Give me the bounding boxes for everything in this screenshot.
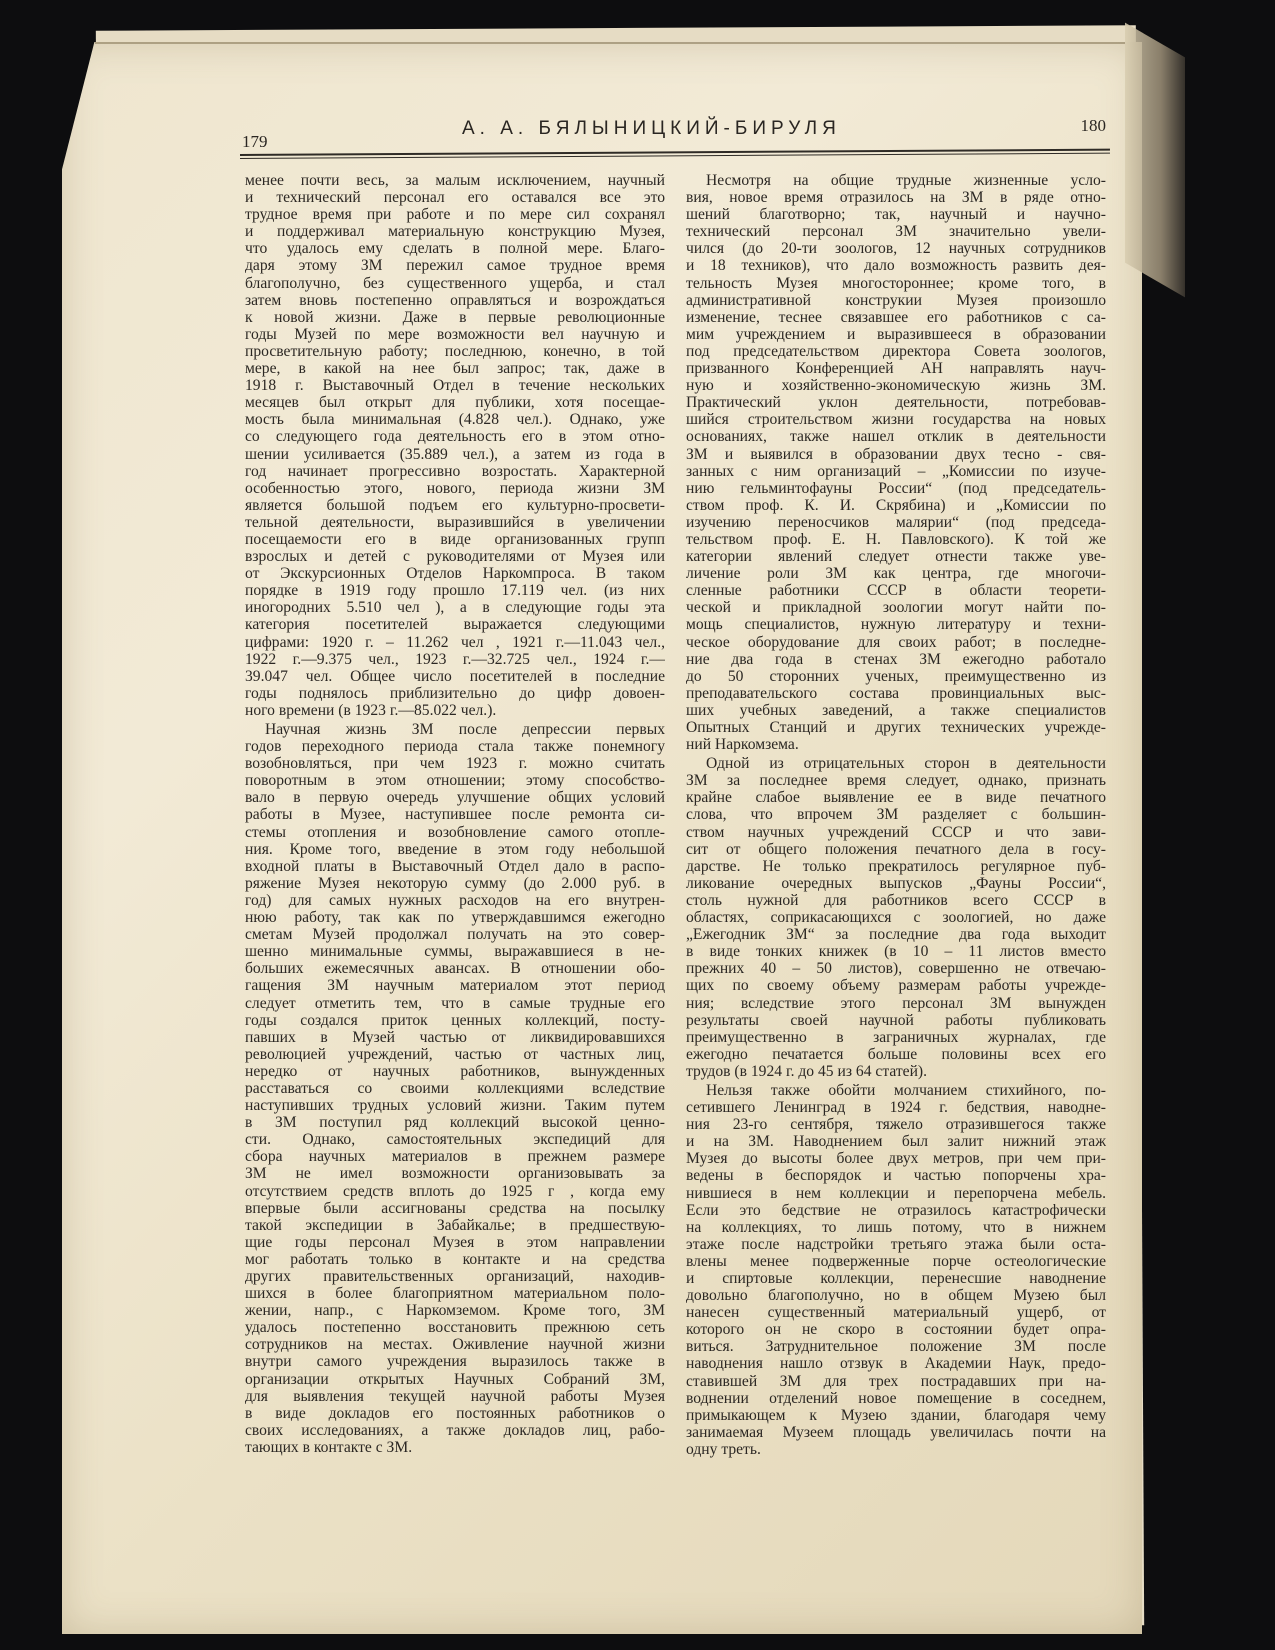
text-line: является большой подъем его культурно-пр… bbox=[245, 497, 665, 514]
text-line: Одной из отрицательных сторон в деятельн… bbox=[686, 755, 1106, 772]
text-line: влены менее подверженные порче остеологи… bbox=[686, 1253, 1106, 1270]
text-line: ния 23-го сентября, тяжело отразившегося… bbox=[686, 1116, 1106, 1133]
text-line: ний Наркомзема. bbox=[686, 736, 1106, 753]
text-line: мость была минимальная (4.828 чел.). Одн… bbox=[245, 411, 665, 428]
text-line: удалось постепенно восстановить прежнюю … bbox=[245, 1319, 665, 1336]
text-line: вия, новое время отразилось на ЗМ в ряде… bbox=[686, 189, 1106, 206]
text-line: поворотным в этом отношении; этому спосо… bbox=[245, 772, 665, 789]
text-line: и поддерживал материальную конструкцию М… bbox=[245, 223, 665, 240]
text-line: шийся строительством жизни государства н… bbox=[686, 411, 1106, 428]
text-line: нанесен существенный материальный ущерб,… bbox=[686, 1304, 1106, 1321]
text-line: виться. Затруднительное положение ЗМ пос… bbox=[686, 1338, 1106, 1355]
text-line: мощь специалистов, нужную литературу и т… bbox=[686, 616, 1106, 633]
paragraph: менее почти весь, за малым исключением, … bbox=[245, 172, 665, 719]
text-line: шенно минимальные суммы, выражавшиеся в … bbox=[245, 943, 665, 960]
text-line: такой экспедиции в Забайкалье; в предшес… bbox=[245, 1217, 665, 1234]
text-line: 1922 г.—9.375 чел., 1923 г.—32.725 чел.,… bbox=[245, 651, 665, 668]
text-line: посещаемости его в виде организованных г… bbox=[245, 531, 665, 548]
text-line: взрослых и детей с руководителями от Муз… bbox=[245, 548, 665, 565]
text-line: ликование очередных выпусков „Фауны Росс… bbox=[686, 875, 1106, 892]
text-line: жении, напр., с Наркомземом. Кроме того,… bbox=[245, 1302, 665, 1319]
text-line: работы в Музее, наступившее после ремонт… bbox=[245, 806, 665, 823]
text-line: одну треть. bbox=[686, 1441, 1106, 1458]
text-line: Практический уклон деятельности, потребо… bbox=[686, 394, 1106, 411]
text-line: под председательством директора Совета з… bbox=[686, 343, 1106, 360]
text-line: год) для самых нужных расходов на его вн… bbox=[245, 892, 665, 909]
text-line: сти. Однако, самостоятельных экспедиций … bbox=[245, 1131, 665, 1148]
text-line: областях, соприкасающихся с зоологией, н… bbox=[686, 909, 1106, 926]
text-line: занимаемая Музеем площадь увеличилась по… bbox=[686, 1424, 1106, 1441]
text-line: мог работать только в контакте и на сред… bbox=[245, 1251, 665, 1268]
text-line: щих по своему объему размерам работы учр… bbox=[686, 977, 1106, 994]
text-line: ния. Кроме того, введение в этом году не… bbox=[245, 841, 665, 858]
text-line: иногородних 5.510 чел ), а в следующие г… bbox=[245, 599, 665, 616]
text-line: ние два года в стенах ЗМ ежегодно работа… bbox=[686, 651, 1106, 668]
text-line: Музея до высоты более двух метров, при ч… bbox=[686, 1150, 1106, 1167]
text-line: в ЗМ поступил ряд коллекций высокой ценн… bbox=[245, 1114, 665, 1131]
text-line: мим учреждением и выразившееся в образов… bbox=[686, 326, 1106, 343]
text-line: наступивших трудных условий жизни. Таким… bbox=[245, 1097, 665, 1114]
text-line: тельность Музея многостороннее; кроме то… bbox=[686, 275, 1106, 292]
text-line: организации открытых Научных Собраний ЗМ… bbox=[245, 1371, 665, 1388]
text-line: слова, что впрочем ЗМ разделяет с больши… bbox=[686, 806, 1106, 823]
text-line: категория посетителей выражается следующ… bbox=[245, 616, 665, 633]
page-number-right: 180 bbox=[1081, 116, 1107, 136]
text-line: и технический персонал его оставался все… bbox=[245, 189, 665, 206]
folded-corner bbox=[1125, 23, 1185, 298]
text-line: от Экскурсионных Отделов Наркомпроса. В … bbox=[245, 565, 665, 582]
text-line: изучению переносчиков малярии“ (под пред… bbox=[686, 514, 1106, 531]
text-line: примыкающем к Музею здании, благодаря че… bbox=[686, 1407, 1106, 1424]
text-line: благополучно, без существенного ущерба, … bbox=[245, 275, 665, 292]
text-line: просветительную работу; последнюю, конеч… bbox=[245, 343, 665, 360]
text-line: преподавательского состава провинциальны… bbox=[686, 685, 1106, 702]
text-line: сит от общего положения печатного дела в… bbox=[686, 841, 1106, 858]
text-line: дарстве. Не только прекратилось регулярн… bbox=[686, 858, 1106, 875]
text-line: Если это бедствие не отразилось катастро… bbox=[686, 1202, 1106, 1219]
text-line: ших учебных заведений, а также специалис… bbox=[686, 702, 1106, 719]
text-line: больших ежемесячных авансах. В отношении… bbox=[245, 960, 665, 977]
text-line: ЗМ не имел возможности организовывать за bbox=[245, 1165, 665, 1182]
text-line: наводнения нашло отзвук в Академии Наук,… bbox=[686, 1355, 1106, 1372]
page-header: 179 А. А. БЯЛЫНИЦКИЙ-БИРУЛЯ 180 bbox=[240, 110, 1110, 154]
text-line: к новой жизни. Даже в первые революционн… bbox=[245, 309, 665, 326]
text-line: сленные работники СССР в области теорети… bbox=[686, 582, 1106, 599]
text-line: ЗМ и выявился в образовании двух тесно -… bbox=[686, 446, 1106, 463]
text-line: мере, в какой на нее был запрос; так, да… bbox=[245, 360, 665, 377]
paragraph: Одной из отрицательных сторон в деятельн… bbox=[686, 755, 1106, 1080]
text-line: ством проф. К. И. Скрябина) и „Комиссии … bbox=[686, 497, 1106, 514]
text-line: занных с ним организаций – „Комиссии по … bbox=[686, 463, 1106, 480]
text-line: личение роли ЗМ как центра, где многочи- bbox=[686, 565, 1106, 582]
text-line: в виде докладов его постоянных работнико… bbox=[245, 1405, 665, 1422]
text-line: отсутствием средств вплоть до 1925 г , к… bbox=[245, 1183, 665, 1200]
text-line: нию гельминтофауны России“ (под председа… bbox=[686, 480, 1106, 497]
text-line: других правительственных организаций, на… bbox=[245, 1268, 665, 1285]
text-line: вало в первую очередь улучшение общих ус… bbox=[245, 789, 665, 806]
text-line: годы создался приток ценных коллекций, п… bbox=[245, 1012, 665, 1029]
text-line: порядке в 1919 году прошло 17.119 чел. (… bbox=[245, 582, 665, 599]
text-line: ежегодно печатается больше половины всех… bbox=[686, 1046, 1106, 1063]
text-line: призванного Конференцией АН направлять н… bbox=[686, 360, 1106, 377]
paragraph: Нельзя также обойти молчанием стихийного… bbox=[686, 1082, 1106, 1458]
text-line: годов переходного периода стала также по… bbox=[245, 738, 665, 755]
text-line: впервые были ассигнованы средства на пос… bbox=[245, 1200, 665, 1217]
text-line: ставившей ЗМ для трех пострадавших при н… bbox=[686, 1373, 1106, 1390]
text-line: расставаться со своими коллекциями вслед… bbox=[245, 1080, 665, 1097]
text-line: нившиеся в нем коллекции и перепорчена м… bbox=[686, 1185, 1106, 1202]
text-line: чился (до 20-ти зоологов, 12 научных сот… bbox=[686, 240, 1106, 257]
text-line: сотрудников на местах. Оживление научной… bbox=[245, 1336, 665, 1353]
text-line: Научная жизнь ЗМ после депрессии первых bbox=[245, 721, 665, 738]
paragraph: Научная жизнь ЗМ после депрессии первыхг… bbox=[245, 721, 665, 1456]
text-line: до 50 сторонних ученых, преимущественно … bbox=[686, 668, 1106, 685]
text-line: 1918 г. Выставочный Отдел в течение неск… bbox=[245, 377, 665, 394]
text-line: для выявления текущей научной работы Муз… bbox=[245, 1388, 665, 1405]
text-line: годы поднялось приблизительно до цифр до… bbox=[245, 685, 665, 702]
text-line: Опытных Станций и других технических учр… bbox=[686, 719, 1106, 736]
text-line: входной платы в Выставочный Отдел дало в… bbox=[245, 858, 665, 875]
text-line: цифрами: 1920 г. – 11.262 чел , 1921 г.—… bbox=[245, 634, 665, 651]
text-line: гащения ЗМ научным материалом этот перио… bbox=[245, 977, 665, 994]
text-line: даря этому ЗМ пережил самое трудное врем… bbox=[245, 257, 665, 274]
text-line: тельством проф. Е. Н. Павловского). К то… bbox=[686, 531, 1106, 548]
text-line: Нельзя также обойти молчанием стихийного… bbox=[686, 1082, 1106, 1099]
text-line: внутри самого учреждения выразилось такж… bbox=[245, 1353, 665, 1370]
text-line: сметам Музей продолжал получать на это с… bbox=[245, 926, 665, 943]
text-line: ную и хозяйственно-экономическую жизнь З… bbox=[686, 377, 1106, 394]
text-line: этаже после надстройки третьяго этажа бы… bbox=[686, 1236, 1106, 1253]
text-line: шении усиливается (35.889 чел.), а затем… bbox=[245, 446, 665, 463]
running-head-author: А. А. БЯЛЫНИЦКИЙ-БИРУЛЯ bbox=[462, 118, 841, 140]
text-line: преимущественно в заграничных журналах, … bbox=[686, 1029, 1106, 1046]
text-line: шений благотворно; так, научный и научно… bbox=[686, 206, 1106, 223]
page-number-left: 179 bbox=[242, 132, 268, 152]
right-text-column: Несмотря на общие трудные жизненные усло… bbox=[686, 172, 1106, 1460]
text-line: ством научных учреждений СССР и что зави… bbox=[686, 824, 1106, 841]
text-line: столь нужной для работников всего СССР в bbox=[686, 892, 1106, 909]
text-line: на коллекциях, то лишь потому, что в ниж… bbox=[686, 1219, 1106, 1236]
text-line: категории явлений следует отнести также … bbox=[686, 548, 1106, 565]
text-line: революцией учреждений, частью от частных… bbox=[245, 1046, 665, 1063]
text-line: шихся в более благоприятном материальном… bbox=[245, 1285, 665, 1302]
left-text-column: менее почти весь, за малым исключением, … bbox=[245, 172, 665, 1458]
text-line: довольно благополучно, но в общем Музею … bbox=[686, 1287, 1106, 1304]
text-line: основаниях, также нашел отклик в деятель… bbox=[686, 428, 1106, 445]
text-line: и спиртовые коллекции, перенесшие наводн… bbox=[686, 1270, 1106, 1287]
text-line: год начинает прогрессивно возростать. Ха… bbox=[245, 463, 665, 480]
text-line: „Ежегодник ЗМ“ за последние два года вых… bbox=[686, 926, 1106, 943]
text-line: технический персонал ЗМ значительно увел… bbox=[686, 223, 1106, 240]
text-line: месяцев был открыт для публики, хотя пос… bbox=[245, 394, 665, 411]
text-line: годы Музей по мере возможности вел научн… bbox=[245, 326, 665, 343]
text-line: прежних 40 – 50 листов), совершенно не о… bbox=[686, 960, 1106, 977]
text-line: воднении отделений новое помещение в сос… bbox=[686, 1390, 1106, 1407]
text-line: изменение, теснее связавшее его работник… bbox=[686, 309, 1106, 326]
paragraph: Несмотря на общие трудные жизненные усло… bbox=[686, 172, 1106, 753]
top-fold-line bbox=[95, 42, 1125, 44]
text-line: возобновляться, при чем 1923 г. можно сч… bbox=[245, 755, 665, 772]
text-line: следует отметить тем, что в самые трудны… bbox=[245, 995, 665, 1012]
text-line: нередко от научных работников, вынужденн… bbox=[245, 1063, 665, 1080]
text-line: со следующего года деятельность его в эт… bbox=[245, 428, 665, 445]
text-line: 39.047 чел. Общее число посетителей в по… bbox=[245, 668, 665, 685]
text-line: стемы отопления и возобновление самого о… bbox=[245, 824, 665, 841]
text-line: тельной деятельности, выразившийся в уве… bbox=[245, 514, 665, 531]
text-line: крайне слабое выявление ее в виде печатн… bbox=[686, 789, 1106, 806]
text-line: и на ЗМ. Наводнением был залит нижний эт… bbox=[686, 1133, 1106, 1150]
text-line: трудное время при работе и по мере сил с… bbox=[245, 206, 665, 223]
text-line: ческое оборудование для своих работ; в п… bbox=[686, 634, 1106, 651]
text-line: щие годы персонал Музея в этом направлен… bbox=[245, 1234, 665, 1251]
text-line: что удалось ему сделать в полной мере. Б… bbox=[245, 240, 665, 257]
text-line: Несмотря на общие трудные жизненные усло… bbox=[686, 172, 1106, 189]
text-line: особенностью этого, нового, периода жизн… bbox=[245, 480, 665, 497]
text-line: нюю работу, так как по утверждавшимся еж… bbox=[245, 909, 665, 926]
text-line: затем вновь постепенно оправляться и воз… bbox=[245, 292, 665, 309]
text-line: сетившего Ленинград в 1924 г. бедствия, … bbox=[686, 1099, 1106, 1116]
text-line: своих исследованиях, а также докладов ли… bbox=[245, 1422, 665, 1439]
text-line: которого он не скоро в состоянии будет о… bbox=[686, 1321, 1106, 1338]
text-line: менее почти весь, за малым исключением, … bbox=[245, 172, 665, 189]
text-line: ного времени (в 1923 г.—85.022 чел.). bbox=[245, 702, 665, 719]
text-line: ческой и прикладной зоологии могут найти… bbox=[686, 599, 1106, 616]
text-line: ния; вследствие этого персонал ЗМ вынужд… bbox=[686, 995, 1106, 1012]
text-line: результаты своей научной работы публиков… bbox=[686, 1012, 1106, 1029]
text-line: и 18 техников), что дало возможность раз… bbox=[686, 257, 1106, 274]
text-line: ведены в беспорядок и частью попорчены х… bbox=[686, 1167, 1106, 1184]
text-line: трудов (в 1924 г. до 45 из 64 статей). bbox=[686, 1063, 1106, 1080]
text-line: сбора научных материалов в прежнем разме… bbox=[245, 1148, 665, 1165]
text-line: павших в Музей частью от ликвидировавших… bbox=[245, 1029, 665, 1046]
text-line: тающих в контакте с ЗМ. bbox=[245, 1439, 665, 1456]
text-line: ряжение Музея некоторую сумму (до 2.000 … bbox=[245, 875, 665, 892]
text-line: в виде тонких книжек (в 10 – 11 листов в… bbox=[686, 943, 1106, 960]
text-line: административной конструкии Музея произо… bbox=[686, 292, 1106, 309]
text-line: ЗМ за последнее время следует, однако, п… bbox=[686, 772, 1106, 789]
